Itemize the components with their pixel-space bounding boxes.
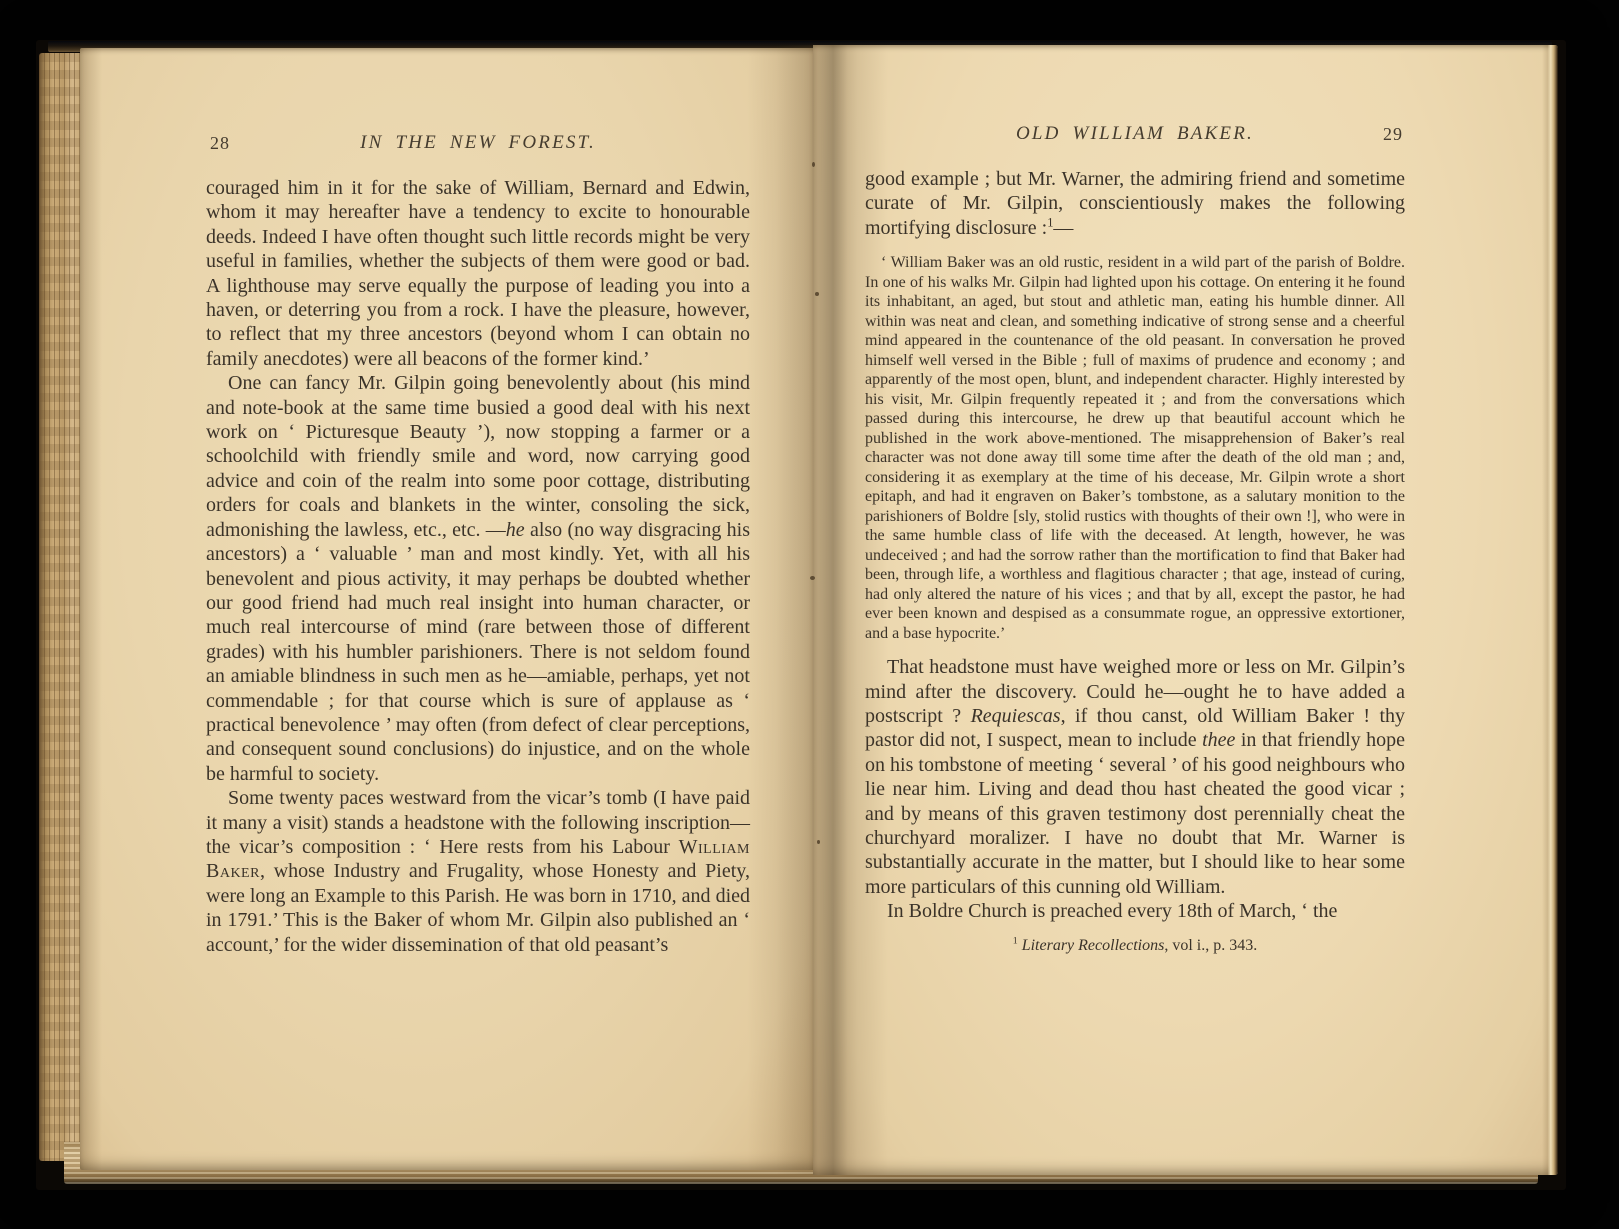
ink-speck: [810, 576, 815, 580]
paragraph: That headstone must have weighed more or…: [865, 655, 1405, 899]
left-running-head: IN THE NEW FOREST.: [206, 132, 750, 154]
footnote: 1 Literary Recollections, vol i., p. 343…: [865, 934, 1405, 958]
ink-speck: [812, 162, 815, 167]
left-page: 28 IN THE NEW FOREST. couraged him in it…: [80, 48, 813, 1170]
ink-speck: [815, 292, 819, 296]
right-page-header: 29 OLD WILLIAM BAKER.: [865, 123, 1405, 149]
ink-speck: [817, 840, 820, 844]
right-page-text: good example ; but Mr. Warner, the admir…: [865, 167, 1405, 958]
paragraph: good example ; but Mr. Warner, the admir…: [865, 167, 1405, 240]
block-quote: ‘ William Baker was an old rustic, resid…: [865, 253, 1405, 643]
left-page-header: 28 IN THE NEW FOREST.: [206, 132, 750, 158]
right-page: 29 OLD WILLIAM BAKER. good example ; but…: [813, 45, 1558, 1175]
book-photo: 28 IN THE NEW FOREST. couraged him in it…: [0, 0, 1619, 1229]
paragraph: One can fancy Mr. Gilpin going benevolen…: [206, 371, 750, 786]
paragraph: couraged him in it for the sake of Willi…: [206, 176, 750, 371]
right-page-number: 29: [1383, 124, 1403, 145]
left-page-number: 28: [210, 133, 230, 154]
left-page-text: couraged him in it for the sake of Willi…: [206, 176, 750, 957]
right-running-head: OLD WILLIAM BAKER.: [865, 123, 1405, 145]
paragraph: Some twenty paces westward from the vica…: [206, 786, 750, 957]
paragraph: In Boldre Church is preached every 18th …: [865, 899, 1405, 923]
open-book: 28 IN THE NEW FOREST. couraged him in it…: [36, 40, 1566, 1190]
left-page-stack-edges: [39, 53, 82, 1161]
